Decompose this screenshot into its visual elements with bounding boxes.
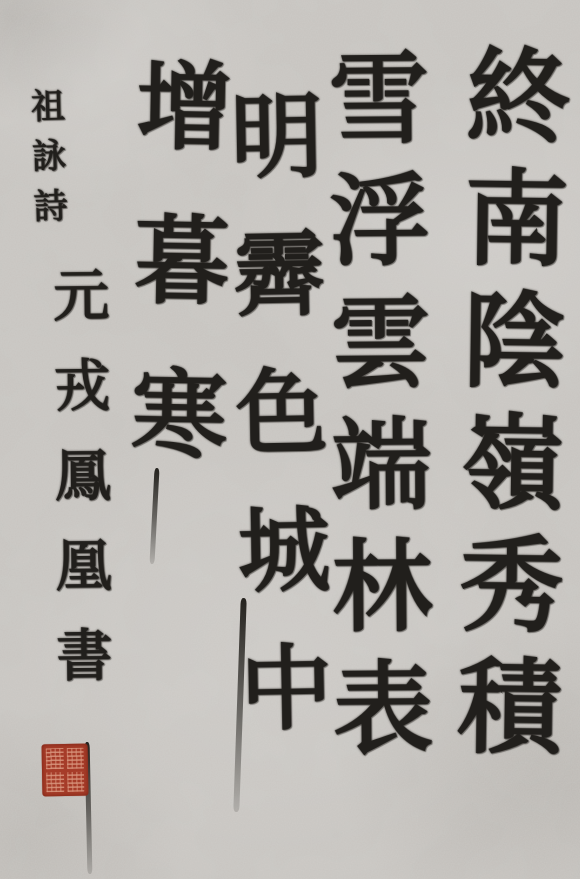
seal-glyph xyxy=(46,748,64,769)
seal-glyph xyxy=(67,771,85,792)
poem-column-1: 終南陰嶺秀積 xyxy=(425,41,580,775)
signature-column: 元戎鳳凰書 xyxy=(36,266,120,717)
poem-column-4: 增暮寒 xyxy=(102,55,247,519)
seal-glyph xyxy=(66,748,84,769)
attribution-column: 祖詠詩 xyxy=(20,87,73,238)
calligraphy-sheet: 終南陰嶺秀積 雪浮雲端林表 明霽色城中 增暮寒 祖詠詩 元戎鳳凰書 xyxy=(0,0,580,879)
artist-seal xyxy=(42,744,89,797)
seal-glyph xyxy=(46,772,64,793)
